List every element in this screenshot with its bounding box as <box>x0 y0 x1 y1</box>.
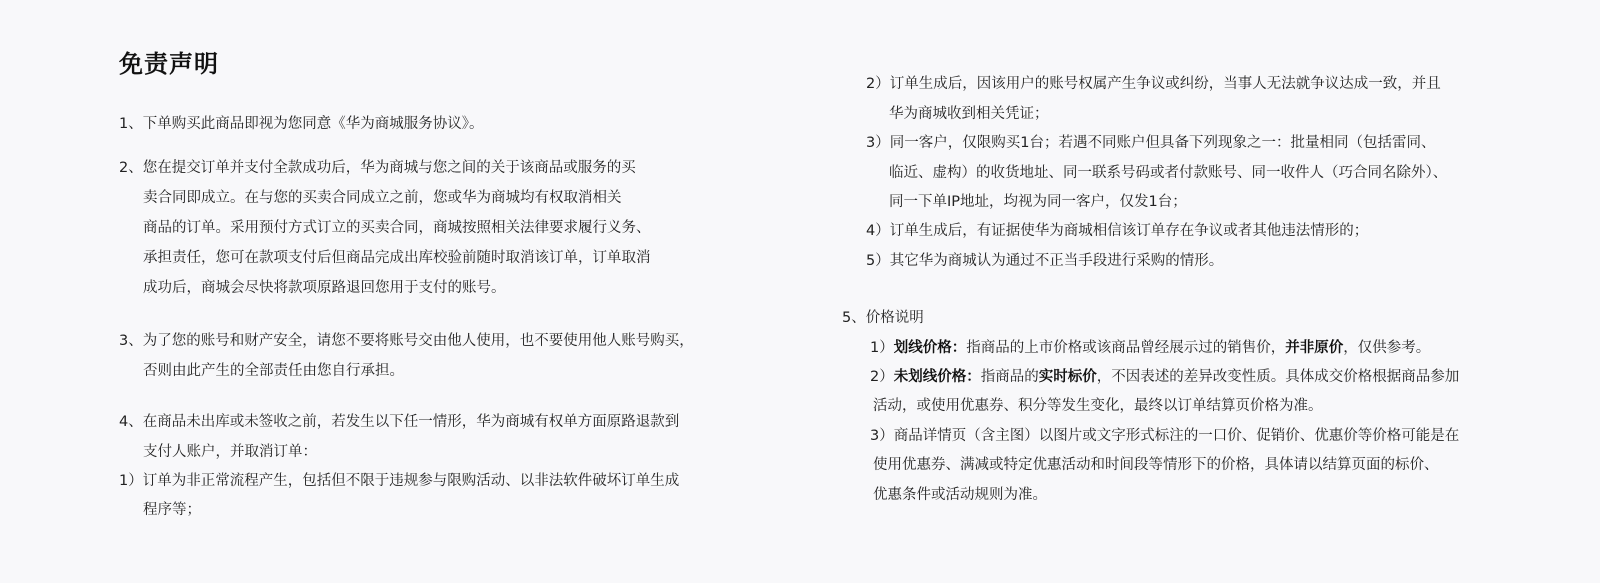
clause-2-line-3: 商品的订单。采用预付方式订立的买卖合同，商城按照相关法律要求履行义务、 <box>143 218 651 238</box>
clause-3-line-1: 3、为了您的账号和财产安全，请您不要将账号交由他人使用，也不要使用他人账号购买， <box>119 331 694 351</box>
clause-4-item-4-line-1: 4）订单生成后，有证据使华为商城相信该订单存在争议或者其他违法情形的； <box>866 221 1368 241</box>
clause-4-item-3-line-2: 临近、虚构）的收货地址、同一联系号码或者付款账号、同一收件人（巧合同名除外）、 <box>889 163 1447 183</box>
clause-3-line-2: 否则由此产生的全部责任由您自行承担。 <box>143 361 404 381</box>
price-item-2-line-1: 2）未划线价格：指商品的实时标价，不因表述的差异改变性质。具体成交价格根据商品参… <box>870 367 1459 387</box>
clause-4-item-5-line-1: 5）其它华为商城认为通过不正当手段进行采购的情形。 <box>866 251 1223 271</box>
price-item-1: 1）划线价格：指商品的上市价格或该商品曾经展示过的销售价，并非原价，仅供参考。 <box>870 338 1430 358</box>
price-item-1-text-b: ，仅供参考。 <box>1343 340 1430 356</box>
price-item-3-line-1: 3）商品详情页（含主图）以图片或文字形式标注的一口价、促销价、优惠价等价格可能是… <box>870 426 1459 446</box>
price-item-2-emphasis: 实时标价 <box>1039 369 1097 385</box>
page-title: 免责声明 <box>119 44 219 79</box>
clause-5-heading: 5、价格说明 <box>842 308 924 328</box>
price-item-2-prefix: 2） <box>870 369 894 385</box>
price-item-3-line-2: 使用优惠券、满减或特定优惠活动和时间段等情形下的价格，具体请以结算页面的标价、 <box>873 455 1439 475</box>
clause-4-item-1-line-1: 1）订单为非正常流程产生，包括但不限于违规参与限购活动、以非法软件破坏订单生成 <box>119 471 679 491</box>
clause-2-line-5: 成功后，商城会尽快将款项原路退回您用于支付的账号。 <box>143 278 506 298</box>
price-item-1-text-a: 指商品的上市价格或该商品曾经展示过的销售价， <box>966 340 1285 356</box>
clause-4-item-3-line-1: 3）同一客户，仅限购买1台；若遇不同账户但具备下列现象之一：批量相同（包括雷同、 <box>866 133 1435 153</box>
clause-2-line-4: 承担责任，您可在款项支付后但商品完成出库校验前随时取消该订单，订单取消 <box>143 248 651 268</box>
price-item-2-line-2: 活动，或使用优惠券、积分等发生变化，最终以订单结算页价格为准。 <box>873 396 1323 416</box>
price-item-1-emphasis: 并非原价 <box>1285 340 1343 356</box>
price-item-1-prefix: 1） <box>870 340 894 356</box>
clause-4-item-3-line-3: 同一下单IP地址，均视为同一客户，仅发1台； <box>889 192 1187 212</box>
price-item-2-text-a: 指商品的 <box>981 369 1039 385</box>
clause-4-line-1: 4、在商品未出库或未签收之前，若发生以下任一情形，华为商城有权单方面原路退款到 <box>119 412 679 432</box>
clause-4-item-2-line-2: 华为商城收到相关凭证； <box>889 104 1049 124</box>
price-item-1-term: 划线价格： <box>894 340 967 356</box>
clause-2-line-2: 卖合同即成立。在与您的买卖合同成立之前，您或华为商城均有权取消相关 <box>143 188 622 208</box>
clause-1-line-1: 1、下单购买此商品即视为您同意《华为商城服务协议》。 <box>119 114 483 134</box>
clause-4-line-2: 支付人账户，并取消订单： <box>143 442 317 462</box>
clause-4-item-1-line-2: 程序等； <box>143 500 201 520</box>
clause-4-item-2-line-1: 2）订单生成后，因该用户的账号权属产生争议或纠纷，当事人无法就争议达成一致，并且 <box>866 74 1441 94</box>
price-item-3-line-3: 优惠条件或活动规则为准。 <box>873 485 1047 505</box>
price-item-2-term: 未划线价格： <box>894 369 981 385</box>
clause-2-line-1: 2、您在提交订单并支付全款成功后，华为商城与您之间的关于该商品或服务的买 <box>119 158 636 178</box>
price-item-2-text-b: ，不因表述的差异改变性质。具体成交价格根据商品参加 <box>1097 369 1460 385</box>
